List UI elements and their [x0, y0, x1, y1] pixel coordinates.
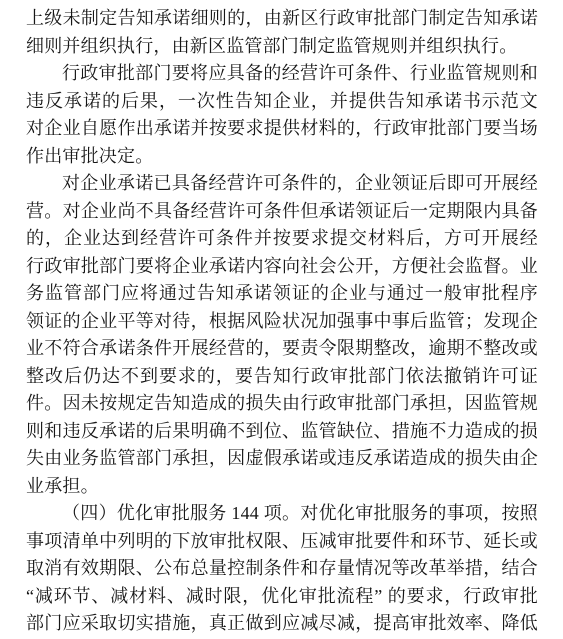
text-line: 违反承诺的后果，一次性告知企业，并提供告知承诺书示范文本。 — [26, 88, 538, 116]
text-line: 对企业承诺已具备经营许可条件的，企业领证后即可开展经 — [26, 170, 538, 198]
text-line: 细则并组织执行，由新区监管部门制定监管规则并组织执行。 — [26, 33, 538, 61]
text-line: 件。因未按规定告知造成的损失由行政审批部门承担，因监管规 — [26, 390, 538, 418]
text-line: 行政审批部门要将企业承诺内容向社会公开，方便社会监督。业 — [26, 253, 538, 281]
text-line: 行政审批部门要将应具备的经营许可条件、行业监管规则和 — [26, 60, 538, 88]
document-body: 上级未制定告知承诺细则的，由新区行政审批部门制定告知承诺细则并组织执行，由新区监… — [26, 5, 538, 638]
text-line: 作出审批决定。 — [26, 143, 538, 171]
text-line: 业不符合承诺条件开展经营的，要责令限期整改，逾期不整改或 — [26, 335, 538, 363]
text-line: 事项清单中列明的下放审批权限、压减审批要件和环节、延长或 — [26, 528, 538, 556]
text-line: 对企业自愿作出承诺并按要求提供材料的，行政审批部门要当场 — [26, 115, 538, 143]
text-line: 营。对企业尚不具备经营许可条件但承诺领证后一定期限内具备 — [26, 198, 538, 226]
text-line: 则和违反承诺的后果明确不到位、监管缺位、措施不力造成的损 — [26, 418, 538, 446]
text-line: 整改后仍达不到要求的，要告知行政审批部门依法撤销许可证 — [26, 363, 538, 391]
text-line: “减环节、减材料、减时限，优化审批流程” 的要求，行政审批 — [26, 583, 538, 611]
text-line: 失由业务监管部门承担，因虚假承诺或违反承诺造成的损失由企 — [26, 445, 538, 473]
text-line: 务监管部门应将通过告知承诺领证的企业与通过一般审批程序 — [26, 280, 538, 308]
text-line: （四）优化审批服务 144 项。对优化审批服务的事项，按照 — [26, 500, 538, 528]
text-line: 业承担。 — [26, 473, 538, 501]
document-page: 上级未制定告知承诺细则的，由新区行政审批部门制定告知承诺细则并组织执行，由新区监… — [0, 0, 563, 639]
text-line: 上级未制定告知承诺细则的，由新区行政审批部门制定告知承诺 — [26, 5, 538, 33]
text-line: 部门应采取切实措施，真正做到应减尽减，提高审批效率、降低 — [26, 610, 538, 638]
text-line: 取消有效期限、公布总量控制条件和存量情况等改革举措，结合 — [26, 555, 538, 583]
text-line: 领证的企业平等对待，根据风险状况加强事中事后监管；发现企 — [26, 308, 538, 336]
text-line: 的，企业达到经营许可条件并按要求提交材料后，方可开展经营。 — [26, 225, 538, 253]
